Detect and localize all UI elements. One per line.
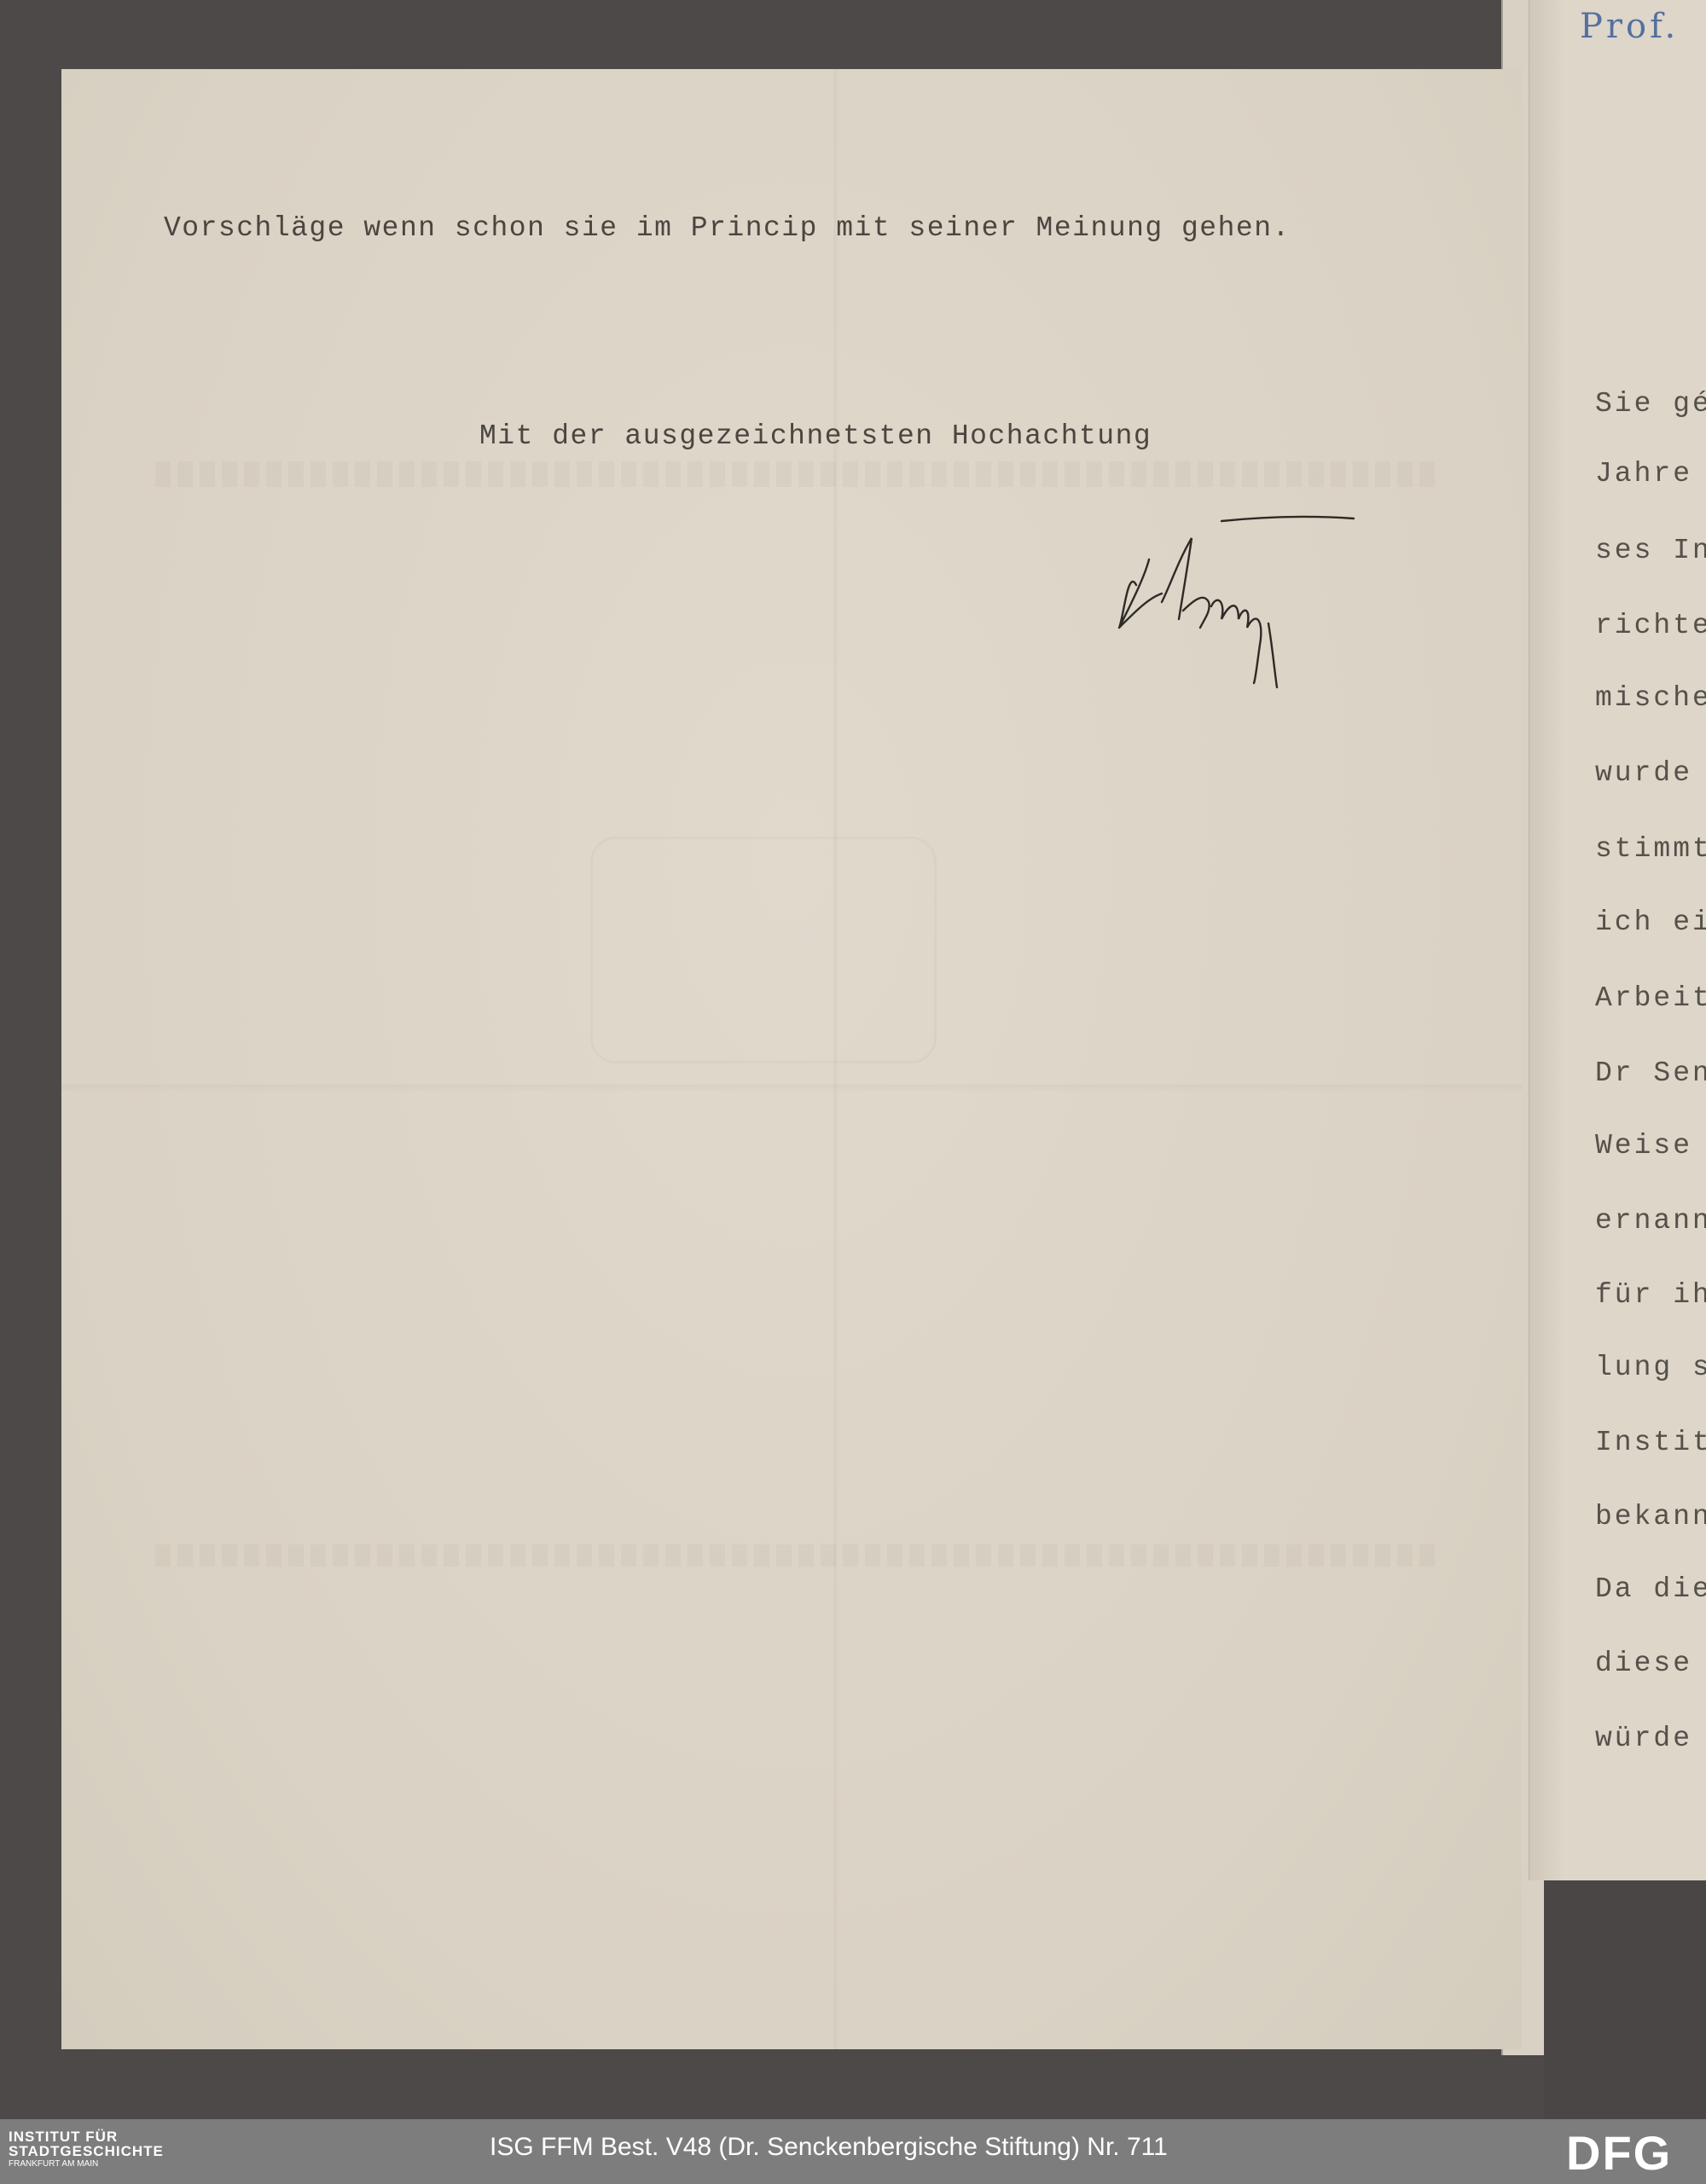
letter-text-line: Vorschläge wenn schon sie im Princip mit… bbox=[164, 212, 1291, 244]
right-page-line: Jahre bbox=[1595, 458, 1692, 490]
right-page-line: Instit bbox=[1595, 1427, 1706, 1458]
archive-footer-bar: INSTITUT FÜR STADTGESCHICHTE FRANKFURT A… bbox=[0, 2119, 1706, 2184]
right-page-line: diese bbox=[1595, 1648, 1692, 1679]
institute-location: FRANKFURT AM MAIN bbox=[9, 2160, 164, 2169]
ink-showthrough bbox=[155, 1544, 1435, 1567]
scan-background-gap bbox=[1544, 1880, 1706, 2119]
right-page-line: Da die bbox=[1595, 1573, 1706, 1605]
letter-page: Vorschläge wenn schon sie im Princip mit… bbox=[61, 69, 1522, 2049]
right-page-line: Weise bbox=[1595, 1130, 1692, 1162]
dfg-logo: DFG bbox=[1566, 2129, 1672, 2177]
right-page-line: stimmt bbox=[1595, 833, 1706, 865]
right-page-line: Sie gé bbox=[1595, 388, 1706, 420]
letter-closing: Mit der ausgezeichnetsten Hochachtung bbox=[479, 420, 1152, 452]
page-fold bbox=[1529, 0, 1564, 1880]
right-page-line: Dr Sen bbox=[1595, 1057, 1706, 1089]
right-page-line: wurde bbox=[1595, 757, 1692, 789]
stamp-showthrough bbox=[590, 837, 937, 1063]
right-page-line: ses In bbox=[1595, 535, 1706, 566]
right-page-line: mische bbox=[1595, 682, 1706, 714]
right-page-line: würde bbox=[1595, 1723, 1692, 1754]
archive-signature-caption: ISG FFM Best. V48 (Dr. Senckenbergische … bbox=[490, 2133, 1168, 2162]
right-page-line: Arbeit bbox=[1595, 982, 1706, 1014]
right-page-line: für ih bbox=[1595, 1279, 1706, 1311]
letterhead-prof: Prof. bbox=[1580, 7, 1679, 46]
right-page-line: richte bbox=[1595, 610, 1706, 641]
handwritten-signature bbox=[1111, 500, 1384, 704]
right-page-line: bekann bbox=[1595, 1501, 1706, 1532]
institute-name-line2: STADTGESCHICHTE bbox=[9, 2144, 164, 2158]
right-page-line: lung s bbox=[1595, 1352, 1706, 1383]
institute-name-line1: INSTITUT FÜR bbox=[9, 2129, 164, 2144]
ink-showthrough bbox=[155, 461, 1435, 487]
institute-logo: INSTITUT FÜR STADTGESCHICHTE FRANKFURT A… bbox=[9, 2129, 164, 2169]
right-page-line: ich ei bbox=[1595, 907, 1706, 938]
right-page-line: ernann bbox=[1595, 1205, 1706, 1237]
